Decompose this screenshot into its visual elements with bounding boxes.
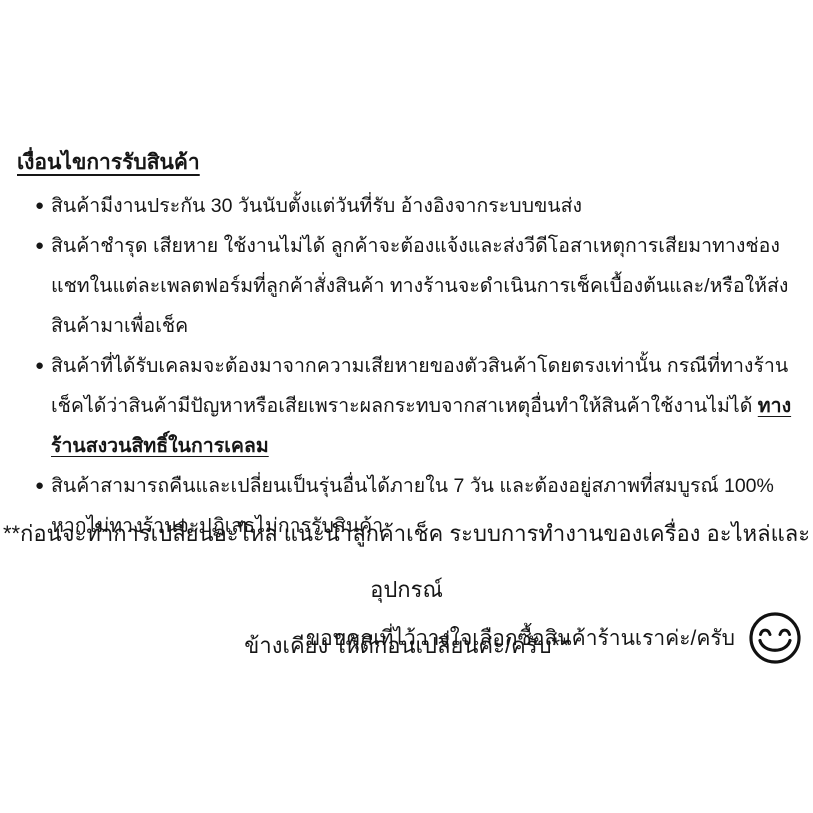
bullet-icon: ● (35, 466, 51, 506)
page-title: เงื่อนไขการรับสินค้า (17, 146, 200, 179)
conditions-list: ● สินค้ามีงานประกัน 30 วันนับตั้งแต่วันท… (35, 186, 797, 546)
condition-text: สินค้าที่ได้รับเคลมจะต้องมาจากความเสียหา… (51, 346, 797, 466)
list-item: ● สินค้าชำรุด เสียหาย ใช้งานไม่ได้ ลูกค้… (35, 226, 797, 346)
condition-text-normal: สินค้าชำรุด เสียหาย ใช้งานไม่ได้ ลูกค้าจ… (51, 235, 788, 337)
closing-line: ขอบคุณที่ไว้วางใจเลือกซื้อสินค้าร้านเราค… (306, 610, 803, 666)
condition-text: สินค้าชำรุด เสียหาย ใช้งานไม่ได้ ลูกค้าจ… (51, 226, 797, 346)
list-item: ● สินค้าที่ได้รับเคลมจะต้องมาจากความเสีย… (35, 346, 797, 466)
note-line-1: **ก่อนจะทำการเปลี่ยนอะไหล่ แนะนำลูกค้าเช… (0, 506, 813, 618)
bullet-icon: ● (35, 226, 51, 266)
document-page: เงื่อนไขการรับสินค้า ● สินค้ามีงานประกัน… (0, 0, 813, 813)
condition-text: สินค้ามีงานประกัน 30 วันนับตั้งแต่วันที่… (51, 186, 797, 226)
bullet-icon: ● (35, 346, 51, 386)
condition-text-normal: สินค้ามีงานประกัน 30 วันนับตั้งแต่วันที่… (51, 195, 582, 217)
bullet-icon: ● (35, 186, 51, 226)
list-item: ● สินค้ามีงานประกัน 30 วันนับตั้งแต่วันท… (35, 186, 797, 226)
condition-text-normal: สินค้าที่ได้รับเคลมจะต้องมาจากความเสียหา… (51, 355, 788, 417)
smiley-icon (747, 610, 803, 666)
closing-text: ขอบคุณที่ไว้วางใจเลือกซื้อสินค้าร้านเราค… (306, 622, 735, 655)
